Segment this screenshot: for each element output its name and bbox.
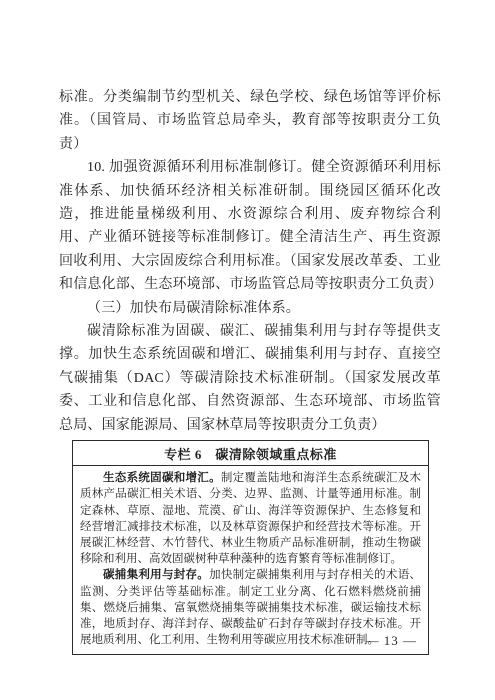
paragraph-item-10-resource-recycling: 10. 加强资源循环利用标准制修订。健全资源循环利用标准体系、加快循环经济相关标…: [59, 156, 441, 296]
paragraph-carbon-removal-standards: 碳清除标准为固碳、碳汇、碳捕集利用与封存等提供支撑。加快生态系统固碳和增汇、碳捕…: [59, 320, 441, 437]
paragraph-continuation: 标准。分类编制节约型机关、绿色学校、绿色场馆等评价标准。（国管局、市场监管总局牵…: [59, 86, 441, 156]
page-number: — 13 —: [366, 633, 418, 649]
document-page: 标准。分类编制节约型机关、绿色学校、绿色场馆等评价标准。（国管局、市场监管总局牵…: [0, 0, 495, 700]
box-paragraph-lead: 碳捕集利用与封存。: [103, 569, 209, 581]
box-paragraph-text: 制定覆盖陆地和海洋生态系统碳汇及木质林产品碳汇相关术语、分类、边界、监测、计量等…: [80, 472, 421, 565]
box-paragraph-ecosystem-carbon-sink: 生态系统固碳和增汇。制定覆盖陆地和海洋生态系统碳汇及木质林产品碳汇相关术语、分类…: [80, 470, 421, 567]
box-body: 生态系统固碳和增汇。制定覆盖陆地和海洋生态系统碳汇及木质林产品碳汇相关术语、分类…: [73, 466, 428, 654]
highlight-box-column-6: 专栏 6 碳清除领域重点标准 生态系统固碳和增汇。制定覆盖陆地和海洋生态系统碳汇…: [72, 440, 429, 655]
document-body: 标准。分类编制节约型机关、绿色学校、绿色场馆等评价标准。（国管局、市场监管总局牵…: [59, 86, 441, 655]
section-heading-3-carbon-removal: （三）加快布局碳清除标准体系。: [59, 297, 441, 320]
box-title: 专栏 6 碳清除领域重点标准: [73, 441, 428, 466]
box-paragraph-lead: 生态系统固碳和增汇。: [103, 472, 221, 484]
